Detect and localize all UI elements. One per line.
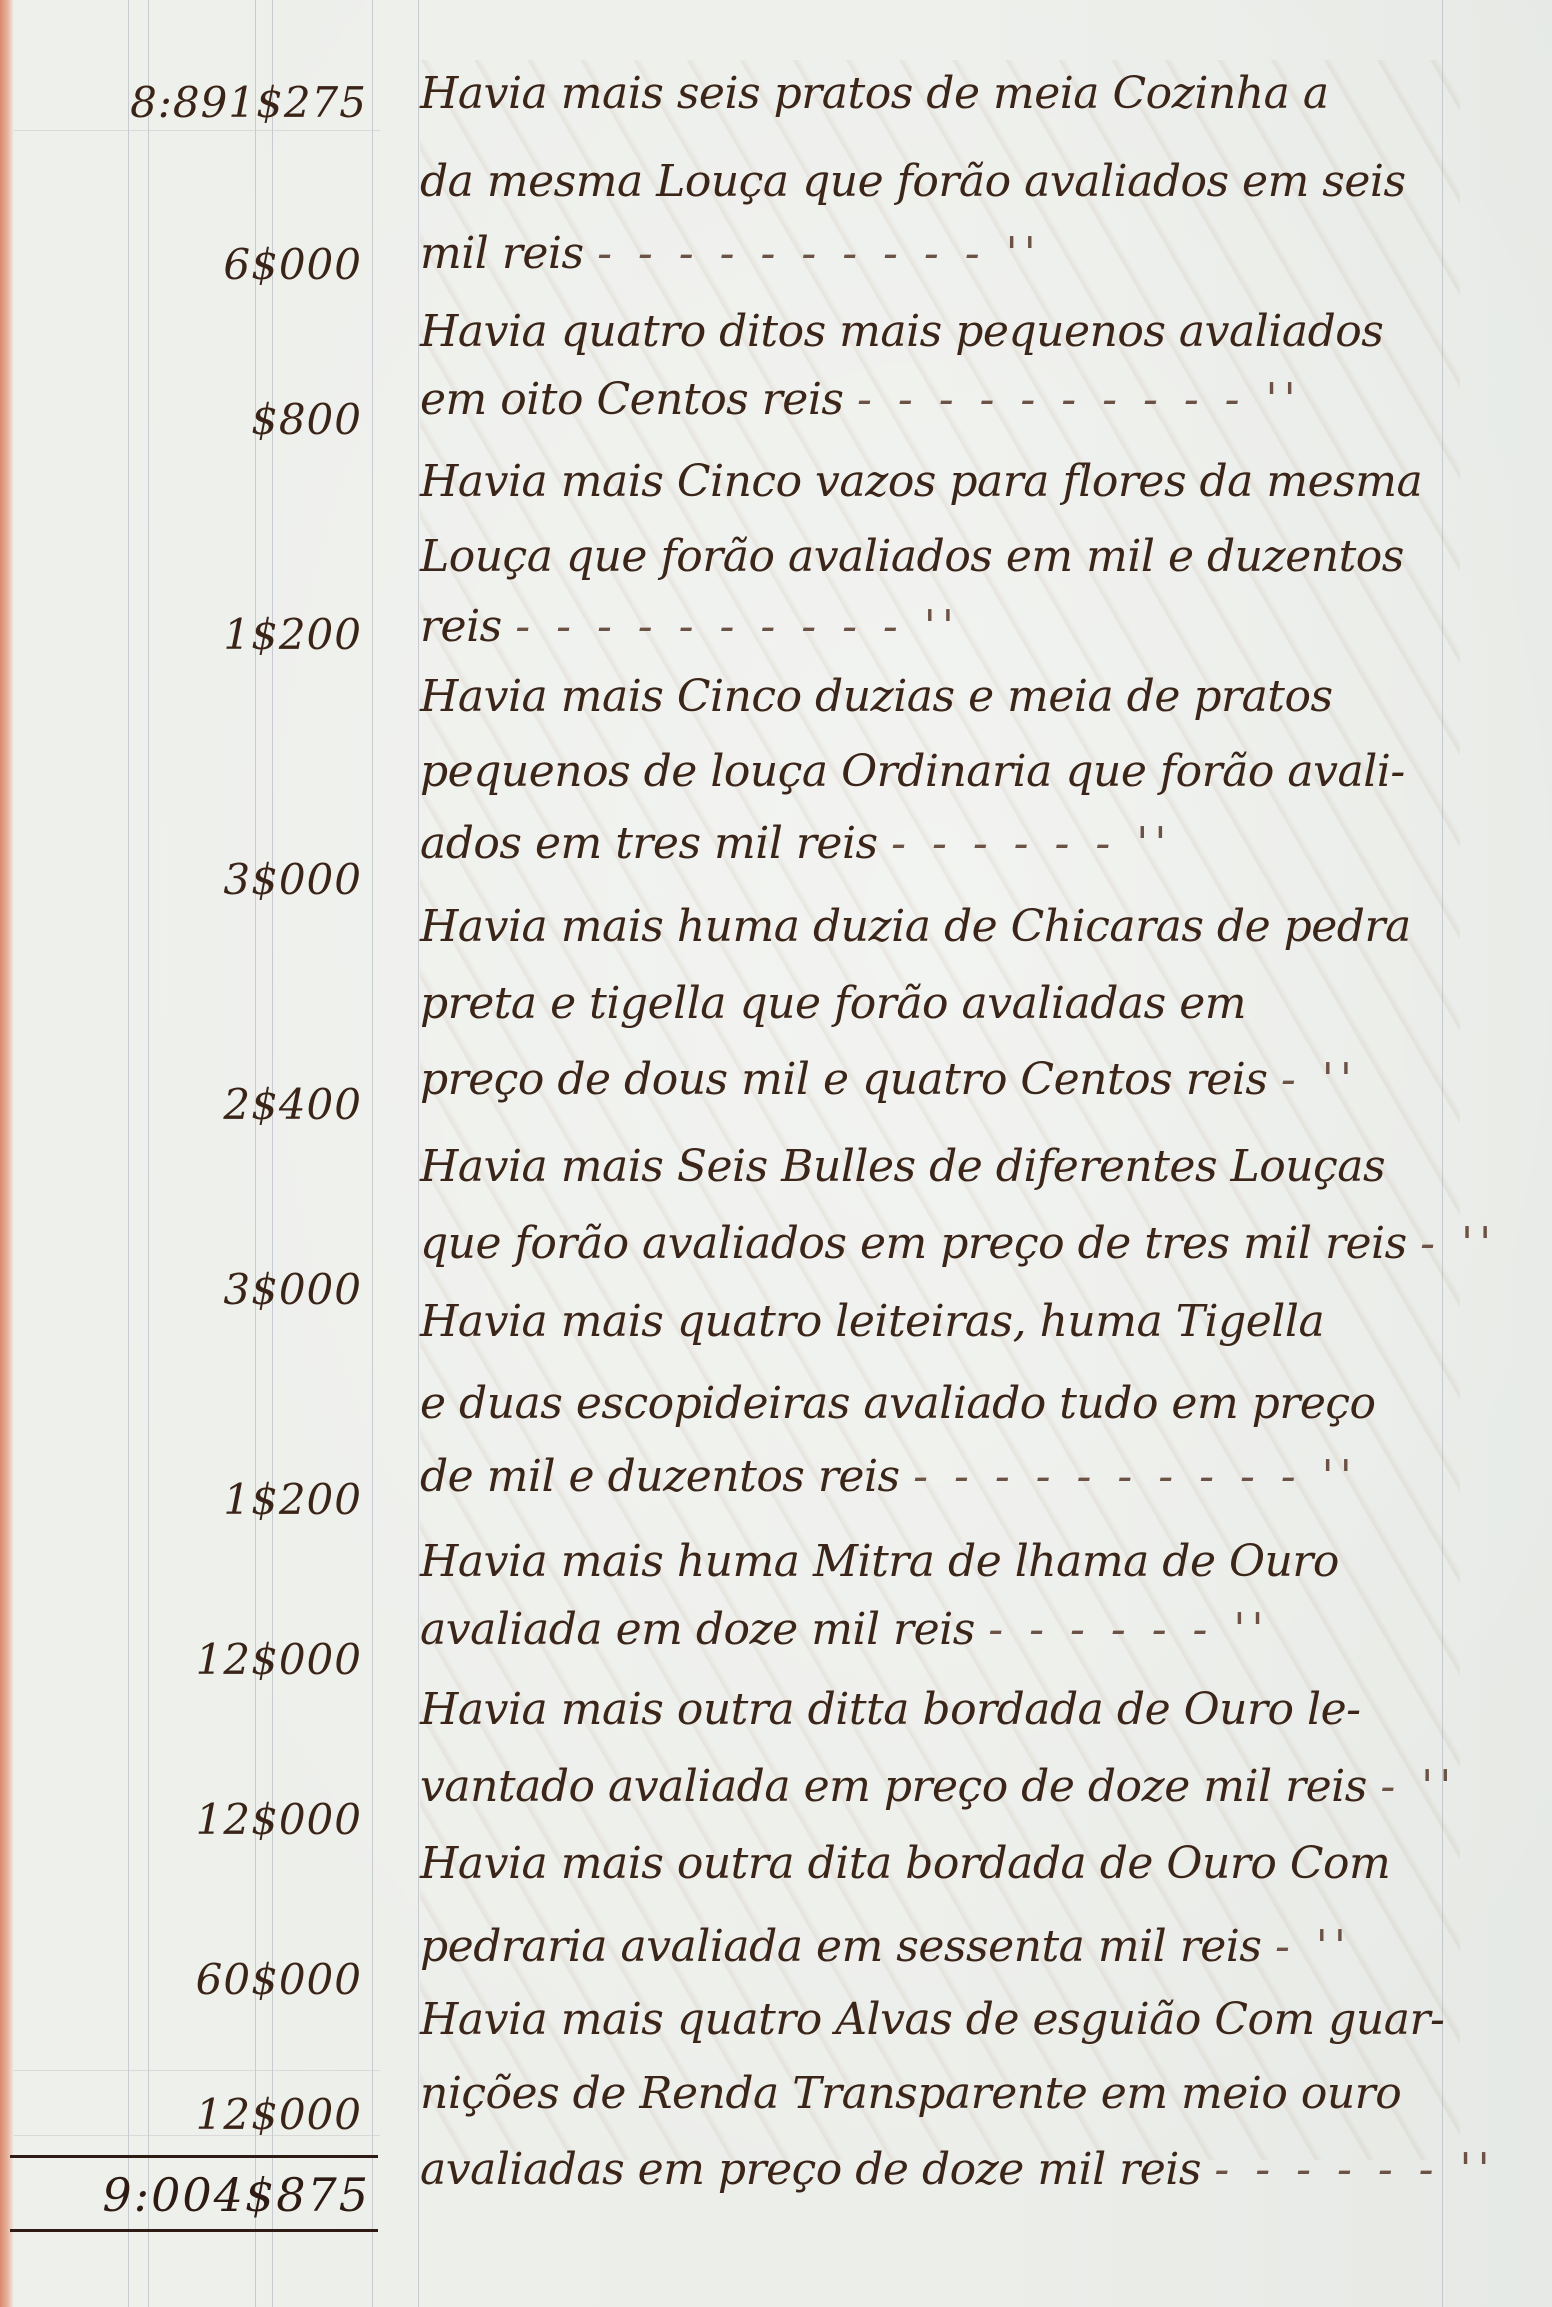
text-line: Havia mais quatro leiteiras, huma Tigell… (420, 1300, 1450, 1344)
entry-amount: 2$400 (223, 1080, 362, 1129)
text-line: vantado avaliada em preço de doze mil re… (420, 1765, 1450, 1809)
text-line: pedraria avaliada em sessenta mil reis -… (420, 1925, 1450, 1969)
text-line: que forão avaliados em preço de tres mil… (420, 1222, 1450, 1266)
ledger-page: 8:891$275 6$000 $800 1$200 3$000 2$400 3… (0, 0, 1552, 2307)
line-fill-dashes: - - - - - - - - - - '' (913, 1451, 1358, 1502)
total-rule-bottom (10, 2229, 378, 2232)
text-line: reis - - - - - - - - - - '' (420, 605, 1450, 649)
entry-amount: 1$200 (223, 610, 362, 659)
entry-amount: 60$000 (196, 1955, 362, 2004)
text-line: avaliadas em preço de doze mil reis - - … (420, 2148, 1450, 2192)
entry-amount: 3$000 (223, 855, 362, 904)
text-line: Louça que forão avaliados em mil e duzen… (420, 535, 1450, 579)
line-fill-dashes: - - - - - - '' (1214, 2144, 1495, 2195)
text-line: Havia mais huma duzia de Chicaras de ped… (420, 905, 1450, 949)
page-edge-red-binding (0, 0, 14, 2307)
text-line: da mesma Louça que forão avaliados em se… (420, 160, 1450, 204)
text-line: pequenos de louça Ordinaria que forão av… (420, 750, 1450, 794)
text-line: Havia mais Cinco vazos para flores da me… (420, 460, 1450, 504)
entry-amount: $800 (251, 395, 362, 444)
text-line: preço de dous mil e quatro Centos reis -… (420, 1058, 1450, 1102)
text-line: Havia mais seis pratos de meia Cozinha a (420, 72, 1450, 116)
text-line: Havia mais Seis Bulles de diferentes Lou… (420, 1145, 1450, 1189)
line-fill-dashes: - - - - - - - - - - '' (857, 374, 1302, 425)
text-line: Havia mais huma Mitra de lhama de Ouro (420, 1540, 1450, 1584)
text-line: ados em tres mil reis - - - - - - '' (420, 822, 1450, 866)
line-fill-dashes: - - - - - - - - - - '' (515, 601, 960, 652)
page-total: 9:004$875 (70, 2168, 370, 2222)
ruled-line-vertical (148, 0, 149, 2307)
entry-amount: 12$000 (196, 1635, 362, 1684)
ruled-line-vertical (418, 0, 419, 2307)
entry-amount: 1$200 (223, 1475, 362, 1524)
ruled-line-horizontal (14, 130, 380, 131)
line-fill-dashes: - '' (1380, 1761, 1457, 1812)
carried-forward-amount: 8:891$275 (130, 78, 367, 127)
text-line: Havia mais Cinco duzias e meia de pratos (420, 675, 1450, 719)
text-line: de mil e duzentos reis - - - - - - - - -… (420, 1455, 1450, 1499)
entry-amount: 12$000 (196, 1795, 362, 1844)
line-fill-dashes: - - - - - - '' (891, 818, 1172, 869)
text-line: mil reis - - - - - - - - - - '' (420, 232, 1450, 276)
line-fill-dashes: - '' (1275, 1921, 1352, 1972)
line-fill-dashes: - '' (1281, 1054, 1358, 1105)
line-fill-dashes: - '' (1420, 1218, 1497, 1269)
entry-amount: 12$000 (196, 2090, 362, 2139)
text-line: em oito Centos reis - - - - - - - - - - … (420, 378, 1450, 422)
text-line: Havia quatro ditos mais pequenos avaliad… (420, 310, 1450, 354)
line-fill-dashes: - - - - - - '' (988, 1604, 1269, 1655)
ruled-line-vertical (372, 0, 373, 2307)
text-line: Havia mais outra ditta bordada de Ouro l… (420, 1688, 1450, 1732)
entry-amount: 3$000 (223, 1265, 362, 1314)
ruled-line-vertical (128, 0, 129, 2307)
text-line: Havia mais quatro Alvas de esguião Com g… (420, 1998, 1450, 2042)
ruled-line-horizontal (14, 2070, 380, 2071)
text-line: preta e tigella que forão avaliadas em (420, 982, 1450, 1026)
text-line: e duas escopideiras avaliado tudo em pre… (420, 1382, 1450, 1426)
text-line: Havia mais outra dita bordada de Ouro Co… (420, 1842, 1450, 1886)
total-rule-top (10, 2155, 378, 2158)
text-line: avaliada em doze mil reis - - - - - - '' (420, 1608, 1450, 1652)
entry-amount: 6$000 (223, 240, 362, 289)
text-line: nições de Renda Transparente em meio our… (420, 2072, 1450, 2116)
line-fill-dashes: - - - - - - - - - - '' (597, 228, 1042, 279)
